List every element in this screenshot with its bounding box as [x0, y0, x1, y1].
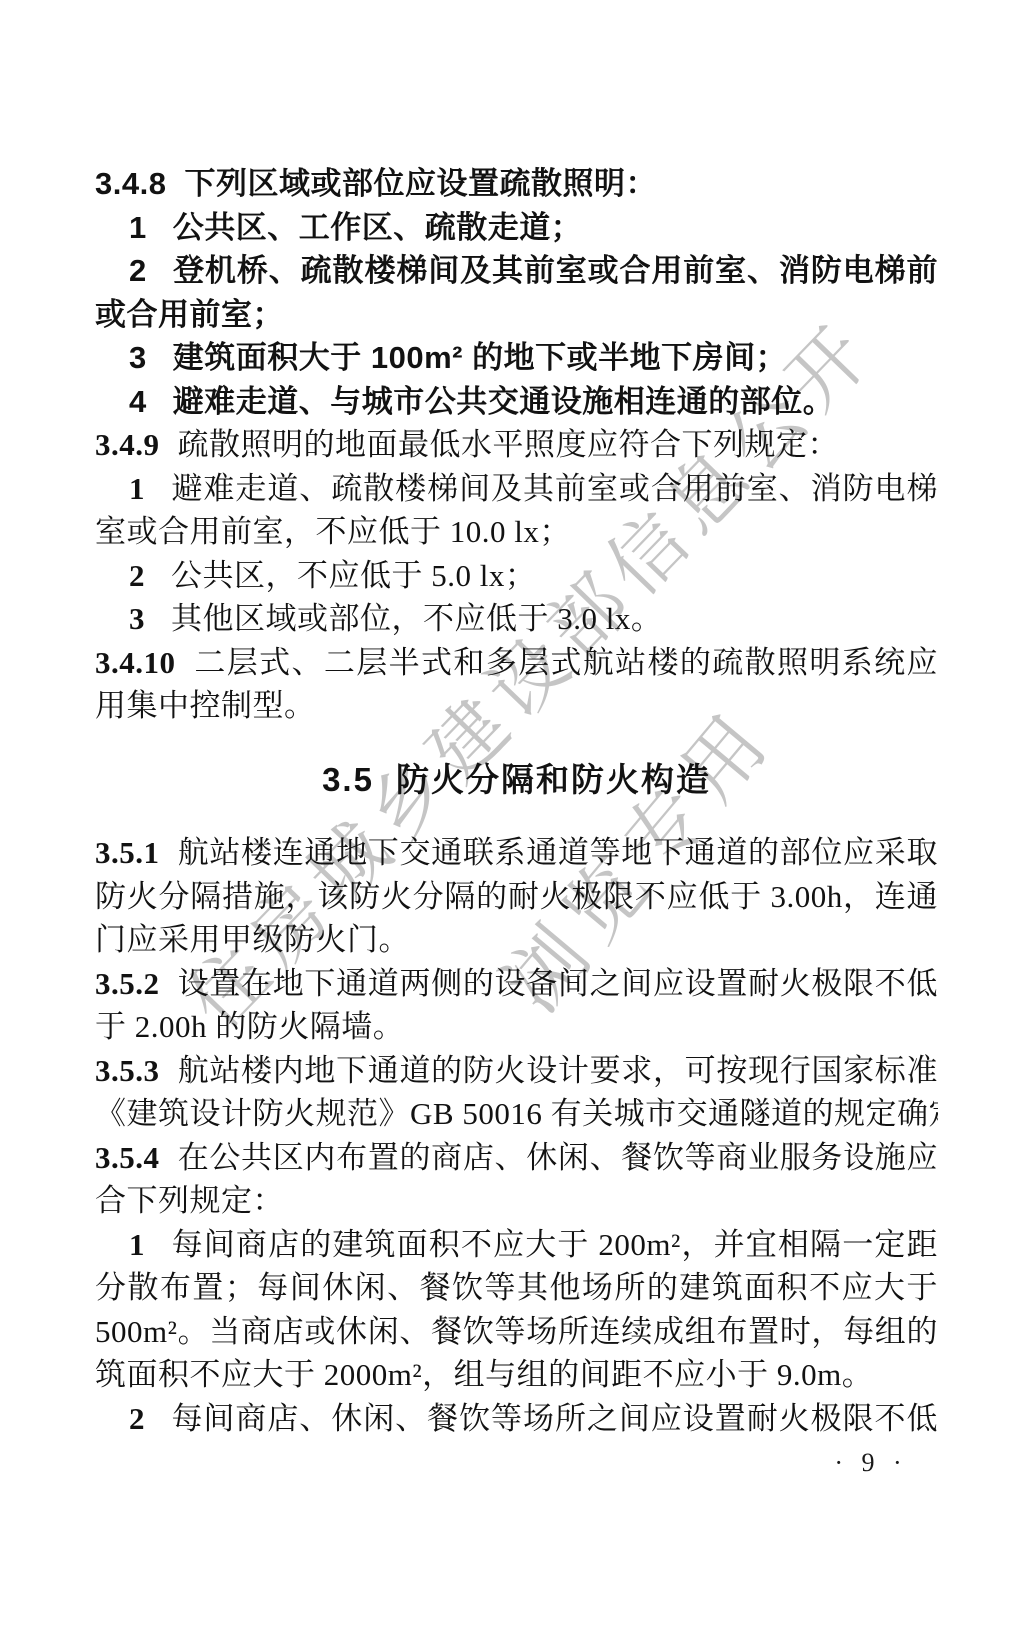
clause-3.4.9: 3.4.9疏散照明的地面最低水平照度应符合下列规定： — [95, 423, 938, 467]
clause-number: 3.4.8 — [95, 166, 166, 201]
page-number: · 9 · — [826, 1448, 916, 1478]
clause-text: 于 2.00h 的防火隔墙。 — [95, 1009, 404, 1044]
continuation-line: 防火分隔措施，该防火分隔的耐火极限不应低于 3.00h，连通处的 — [95, 875, 938, 919]
clause-number: 3.5.1 — [95, 835, 160, 870]
item-number: 3 — [129, 340, 147, 375]
clause-text: 航站楼连通地下交通联系通道等地下通道的部位应采取 — [178, 835, 939, 870]
section-title: 防火分隔和防火构造 — [396, 761, 711, 798]
item-number: 1 — [129, 1227, 145, 1262]
item-text: 避难走道、疏散楼梯间及其前室或合用前室、消防电梯前 — [129, 471, 938, 511]
item-number: 3 — [129, 601, 145, 636]
item-text: 每间商店的建筑面积不应大于 200m²，并宜相隔一定距离 — [129, 1227, 938, 1267]
clause-number: 3.5.4 — [95, 1140, 160, 1175]
continuation-line: 于 2.00h 的防火隔墙。 — [95, 1005, 938, 1049]
item-number: 2 — [129, 253, 147, 288]
item-text: 登机桥、疏散楼梯间及其前室或合用前室、消防电梯前室 — [129, 253, 938, 293]
clause-text: 合下列规定： — [95, 1183, 284, 1218]
clause-number: 3.5.3 — [95, 1053, 160, 1088]
continuation-line: 合下列规定： — [95, 1179, 938, 1223]
item-number: 2 — [129, 558, 145, 593]
list-item: 1避难走道、疏散楼梯间及其前室或合用前室、消防电梯前 — [95, 467, 938, 511]
clause-text: 《建筑设计防火规范》GB 50016 有关城市交通隧道的规定确定。 — [95, 1096, 938, 1131]
item-text: 建筑面积大于 100m² 的地下或半地下房间； — [173, 340, 787, 375]
item-number: 1 — [129, 210, 147, 245]
continuation-line: 室或合用前室，不应低于 10.0 lx； — [95, 510, 938, 554]
section-number: 3.5 — [322, 761, 374, 798]
clause-3.5.4: 3.5.4在公共区内布置的商店、休闲、餐饮等商业服务设施应符 — [95, 1136, 938, 1180]
item-number: 4 — [129, 384, 147, 419]
item-text: 公共区、工作区、疏散走道； — [173, 210, 583, 245]
clause-number: 3.4.10 — [95, 645, 176, 680]
clause-text: 疏散照明的地面最低水平照度应符合下列规定： — [178, 427, 840, 462]
item-text: 或合用前室； — [95, 297, 284, 332]
item-text: 公共区，不应低于 5.0 lx； — [171, 558, 536, 593]
list-item: 3其他区域或部位，不应低于 3.0 lx。 — [95, 597, 938, 641]
item-text: 室或合用前室，不应低于 10.0 lx； — [95, 514, 571, 549]
list-item: 2每间商店、休闲、餐饮等场所之间应设置耐火极限不低于 — [95, 1397, 938, 1441]
section-heading: 3.5防火分隔和防火构造 — [95, 758, 938, 802]
clause-3.5.2: 3.5.2设置在地下通道两侧的设备间之间应设置耐火极限不低 — [95, 962, 938, 1006]
continuation-line: 筑面积不应大于 2000m²，组与组的间距不应小于 9.0m。 — [95, 1353, 938, 1397]
continuation-line: 分散布置；每间休闲、餐饮等其他场所的建筑面积不应大于 — [95, 1266, 938, 1310]
clause-text: 防火分隔措施，该防火分隔的耐火极限不应低于 3.00h，连通处的 — [95, 879, 938, 919]
list-item: 1公共区、工作区、疏散走道； — [95, 206, 938, 250]
continuation-line: 用集中控制型。 — [95, 684, 938, 728]
clause-number: 3.4.9 — [95, 427, 160, 462]
item-text: 其他区域或部位，不应低于 3.0 lx。 — [171, 601, 662, 636]
item-text: 避难走道、与城市公共交通设施相连通的部位。 — [173, 384, 835, 419]
continuation-line: 门应采用甲级防火门。 — [95, 918, 938, 962]
clause-text: 在公共区内布置的商店、休闲、餐饮等商业服务设施应符 — [95, 1140, 938, 1180]
continuation-line: 《建筑设计防火规范》GB 50016 有关城市交通隧道的规定确定。 — [95, 1092, 938, 1136]
clause-number: 3.5.2 — [95, 966, 160, 1001]
item-text: 筑面积不应大于 2000m²，组与组的间距不应小于 9.0m。 — [95, 1357, 873, 1392]
clause-text: 设置在地下通道两侧的设备间之间应设置耐火极限不低 — [178, 966, 939, 1001]
clause-text: 下列区域或部位应设置疏散照明： — [184, 166, 657, 201]
item-text: 每间商店、休闲、餐饮等场所之间应设置耐火极限不低于 — [129, 1401, 938, 1441]
list-item: 4避难走道、与城市公共交通设施相连通的部位。 — [95, 380, 938, 424]
list-item: 2登机桥、疏散楼梯间及其前室或合用前室、消防电梯前室 — [95, 249, 938, 293]
clause-text: 二层式、二层半式和多层式航站楼的疏散照明系统应采 — [95, 645, 938, 685]
list-item: 1每间商店的建筑面积不应大于 200m²，并宜相隔一定距离 — [95, 1223, 938, 1267]
item-text: 500m²。当商店或休闲、餐饮等场所连续成组布置时，每组的总建 — [95, 1314, 938, 1354]
clause-text: 用集中控制型。 — [95, 688, 316, 723]
continuation-line: 500m²。当商店或休闲、餐饮等场所连续成组布置时，每组的总建 — [95, 1310, 938, 1354]
clause-3.5.3: 3.5.3航站楼内地下通道的防火设计要求，可按现行国家标准 — [95, 1049, 938, 1093]
clause-text: 航站楼内地下通道的防火设计要求，可按现行国家标准 — [178, 1053, 939, 1088]
item-text: 分散布置；每间休闲、餐饮等其他场所的建筑面积不应大于 — [95, 1270, 938, 1305]
clause-3.5.1: 3.5.1航站楼连通地下交通联系通道等地下通道的部位应采取 — [95, 831, 938, 875]
list-item: 3建筑面积大于 100m² 的地下或半地下房间； — [95, 336, 938, 380]
continuation-line: 或合用前室； — [95, 293, 938, 337]
item-number: 1 — [129, 471, 145, 506]
text-block: 3.4.8下列区域或部位应设置疏散照明： 1公共区、工作区、疏散走道； 2登机桥… — [95, 162, 938, 1440]
clause-3.4.10: 3.4.10二层式、二层半式和多层式航站楼的疏散照明系统应采 — [95, 641, 938, 685]
item-number: 2 — [129, 1401, 145, 1436]
clause-3.4.8: 3.4.8下列区域或部位应设置疏散照明： — [95, 162, 938, 206]
list-item: 2公共区，不应低于 5.0 lx； — [95, 554, 938, 598]
document-page: 住房城乡建设部信息公开 浏览专用 3.4.8下列区域或部位应设置疏散照明： 1公… — [0, 0, 1025, 1652]
clause-text: 门应采用甲级防火门。 — [95, 922, 410, 957]
